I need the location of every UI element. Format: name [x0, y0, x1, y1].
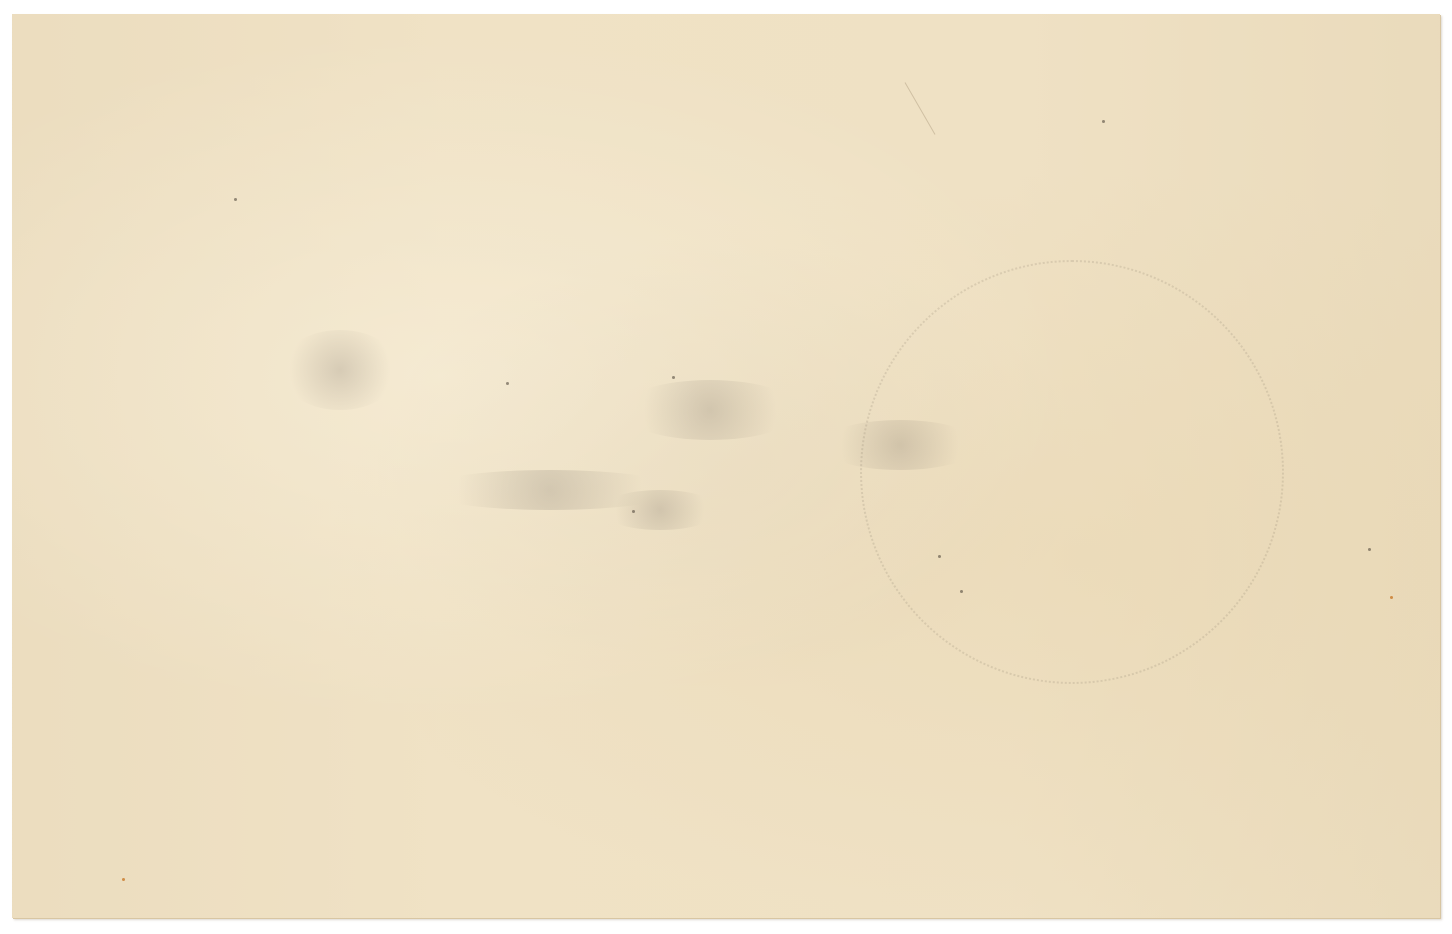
dust-speck — [672, 376, 675, 379]
dust-speck — [1102, 120, 1105, 123]
dust-speck — [1368, 548, 1371, 551]
foxing-speck — [122, 878, 125, 881]
ink-showthrough — [280, 330, 400, 410]
dust-speck — [506, 382, 509, 385]
ink-showthrough — [600, 490, 720, 530]
dust-speck — [632, 510, 635, 513]
dust-speck — [960, 590, 963, 593]
ink-showthrough — [620, 380, 800, 440]
photo-background — [0, 0, 1452, 934]
dust-speck — [938, 555, 941, 558]
dust-speck — [234, 198, 237, 201]
foxing-speck — [1390, 596, 1393, 599]
faint-stamp-ring — [860, 260, 1284, 684]
